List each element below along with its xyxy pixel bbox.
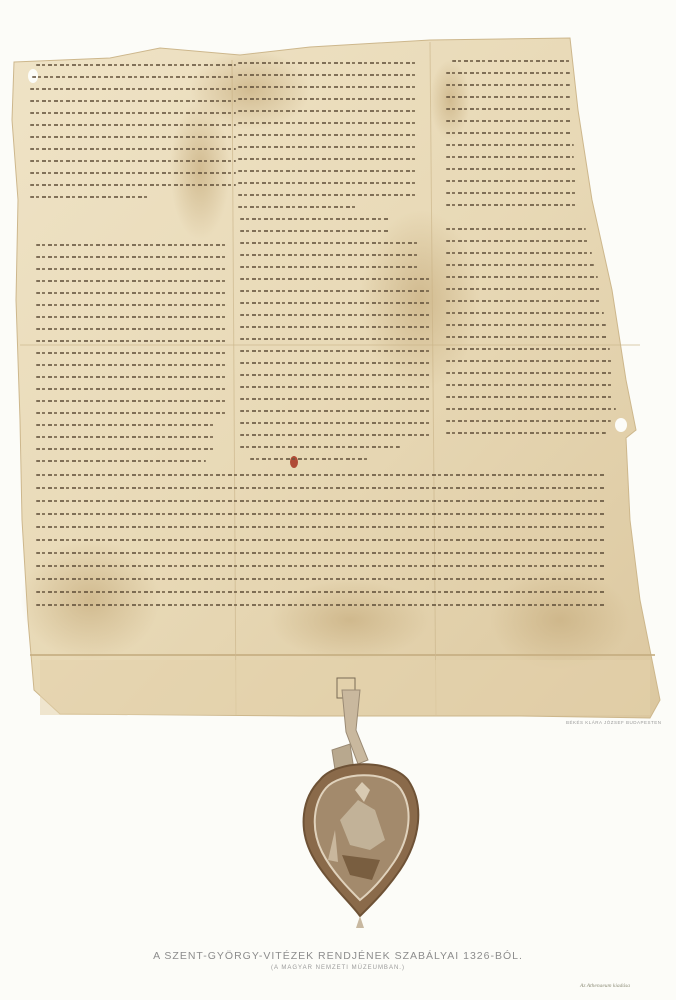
printer-credit: BÉKÉS KLÁRA JÓZSEF BUDAPESTEN [566, 720, 662, 725]
facsimile-plate: BÉKÉS KLÁRA JÓZSEF BUDAPESTEN A SZENT-GY… [0, 0, 676, 1000]
plate-subtitle: (A MAGYAR NEMZETI MÚZEUMBAN.) [0, 965, 676, 971]
publisher-credit: Az Athenaeum kiadása [580, 983, 630, 989]
plate-title: A SZENT-GYÖRGY-VITÉZEK RENDJÉNEK SZABÁLY… [0, 950, 676, 962]
wax-seal [280, 670, 440, 930]
